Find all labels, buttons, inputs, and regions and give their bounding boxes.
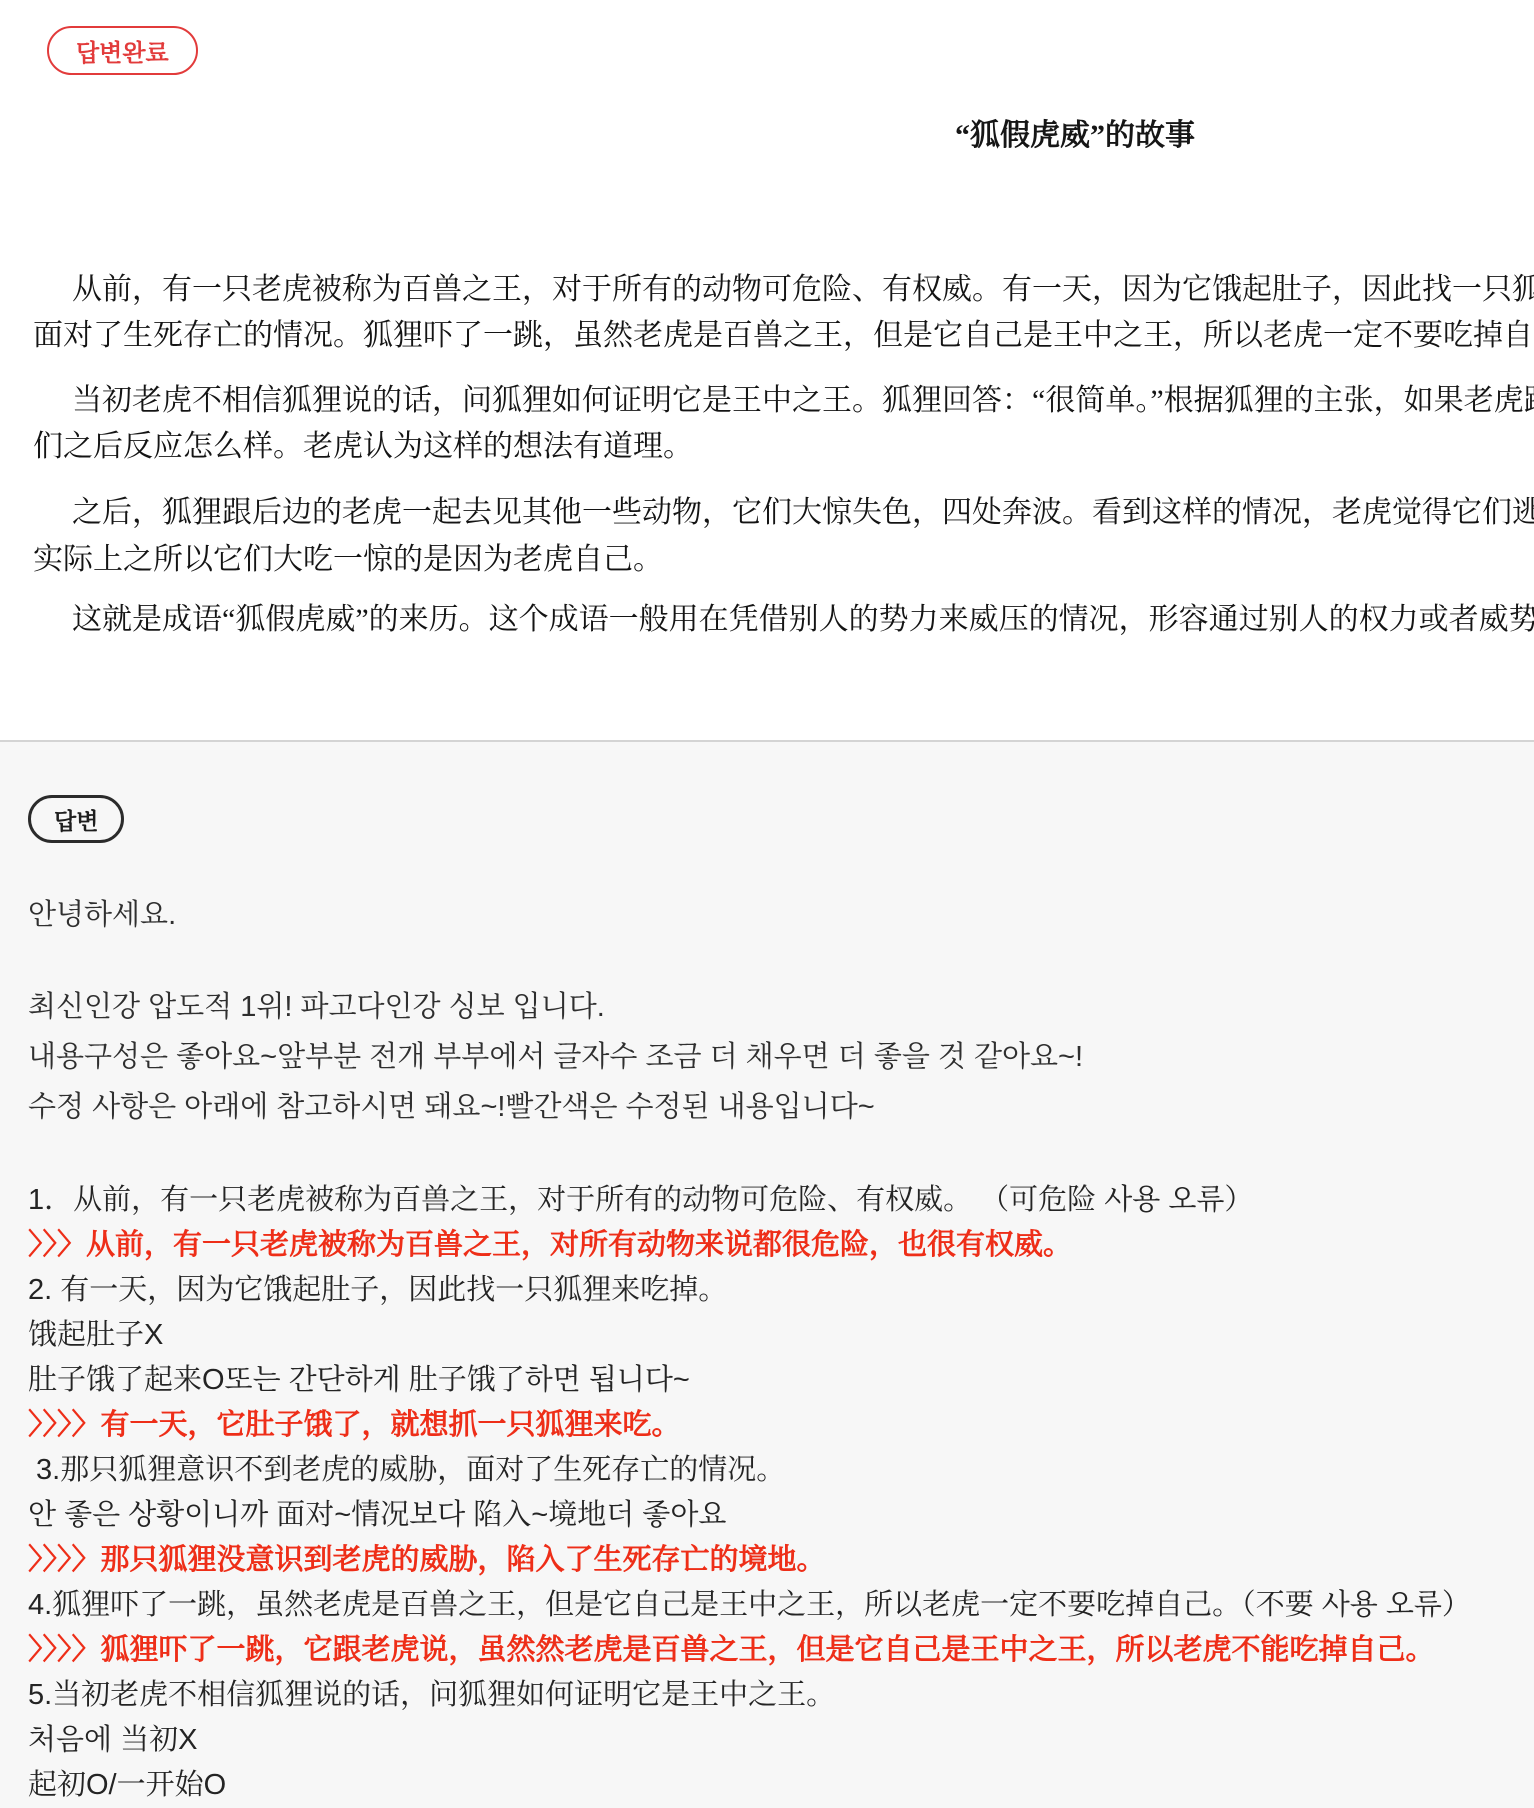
feedback-item: 4.狐狸吓了一跳，虽然老虎是百兽之王，但是它自己是王中之王，所以老虎一定不要吃掉… [28, 1583, 1471, 1628]
feedback-item: 2. 有一天，因为它饿起肚子，因此找一只狐狸来吃掉。 [28, 1268, 1471, 1313]
feedback-item: 肚子饿了起来O또는 간단하게 肚子饿了하면 됩니다~ [28, 1358, 1471, 1403]
feedback-item: 안 좋은 상황이니까 面对~情况보다 陷入~境地더 좋아요 [28, 1493, 1471, 1538]
story-line: 之后，狐狸跟后边的老虎一起去见其他一些动物，它们大惊失色，四处奔波。看到这样的情… [33, 487, 1534, 531]
page: 답변완료 “狐假虎威”的故事 从前，有一只老虎被称为百兽之王，对于所有的动物可危… [0, 0, 1534, 1808]
correction-item: 〉〉〉〉狐狸吓了一跳，它跟老虎说，虽然然老虎是百兽之王，但是它自己是王中之王，所… [28, 1628, 1471, 1673]
feedback-item: 起初O/一开始O [28, 1763, 1471, 1808]
intro-line: 최신인강 압도적 1위! 파고다인강 싱보 입니다. [28, 982, 1083, 1032]
story-line: 们之后反应怎么样。老虎认为这样的想法有道理。 [33, 421, 693, 465]
story-line: 从前，有一只老虎被称为百兽之王，对于所有的动物可危险、有权威。有一天，因为它饿起… [33, 264, 1534, 308]
intro-block: 최신인강 압도적 1위! 파고다인강 싱보 입니다. 내용구성은 좋아요~앞부분… [28, 982, 1083, 1132]
intro-line: 내용구성은 좋아요~앞부분 전개 부부에서 글자수 조금 더 채우면 더 좋을 … [28, 1032, 1083, 1082]
feedback-item: 饿起肚子X [28, 1313, 1471, 1358]
answer-badge: 답변 [28, 795, 124, 843]
feedback-item: 3.那只狐狸意识不到老虎的威胁，面对了生死存亡的情况。 [28, 1448, 1471, 1493]
story-title: “狐假虎威”的故事 [0, 110, 1534, 154]
story-line: 面对了生死存亡的情况。狐狸吓了一跳，虽然老虎是百兽之王，但是它自己是王中之王，所… [33, 310, 1534, 354]
story-line: 当初老虎不相信狐狸说的话，问狐狸如何证明它是王中之王。狐狸回答：“很简单。”根据… [33, 375, 1534, 419]
status-badge-answer-complete: 답변완료 [47, 26, 198, 75]
feedback-item: 처음에 当初X [28, 1718, 1471, 1763]
feedback-item: 5.当初老虎不相信狐狸说的话，问狐狸如何证明它是王中之王。 [28, 1673, 1471, 1718]
feedback-list: 1．从前，有一只老虎被称为百兽之王，对于所有的动物可危险、有权威。 （可危险 사… [28, 1178, 1471, 1808]
correction-item: 〉〉〉从前，有一只老虎被称为百兽之王，对所有动物来说都很危险，也很有权威。 [28, 1223, 1471, 1268]
story-line: 这就是成语“狐假虎威”的来历。这个成语一般用在凭借别人的势力来威压的情况，形容通… [33, 594, 1534, 638]
intro-line: 수정 사항은 아래에 참고하시면 돼요~!빨간색은 수정된 내용입니다~ [28, 1082, 1083, 1132]
feedback-item: 1．从前，有一只老虎被称为百兽之王，对于所有的动物可危险、有权威。 （可危险 사… [28, 1178, 1471, 1223]
answer-section: 답변 안녕하세요. 최신인강 압도적 1위! 파고다인강 싱보 입니다. 내용구… [0, 740, 1534, 1808]
correction-item: 〉〉〉〉那只狐狸没意识到老虎的威胁，陷入了生死存亡的境地。 [28, 1538, 1471, 1583]
story-line: 实际上之所以它们大吃一惊的是因为老虎自己。 [33, 534, 663, 578]
correction-item: 〉〉〉〉有一天，它肚子饿了，就想抓一只狐狸来吃。 [28, 1403, 1471, 1448]
greeting-text: 안녕하세요. [28, 892, 176, 933]
